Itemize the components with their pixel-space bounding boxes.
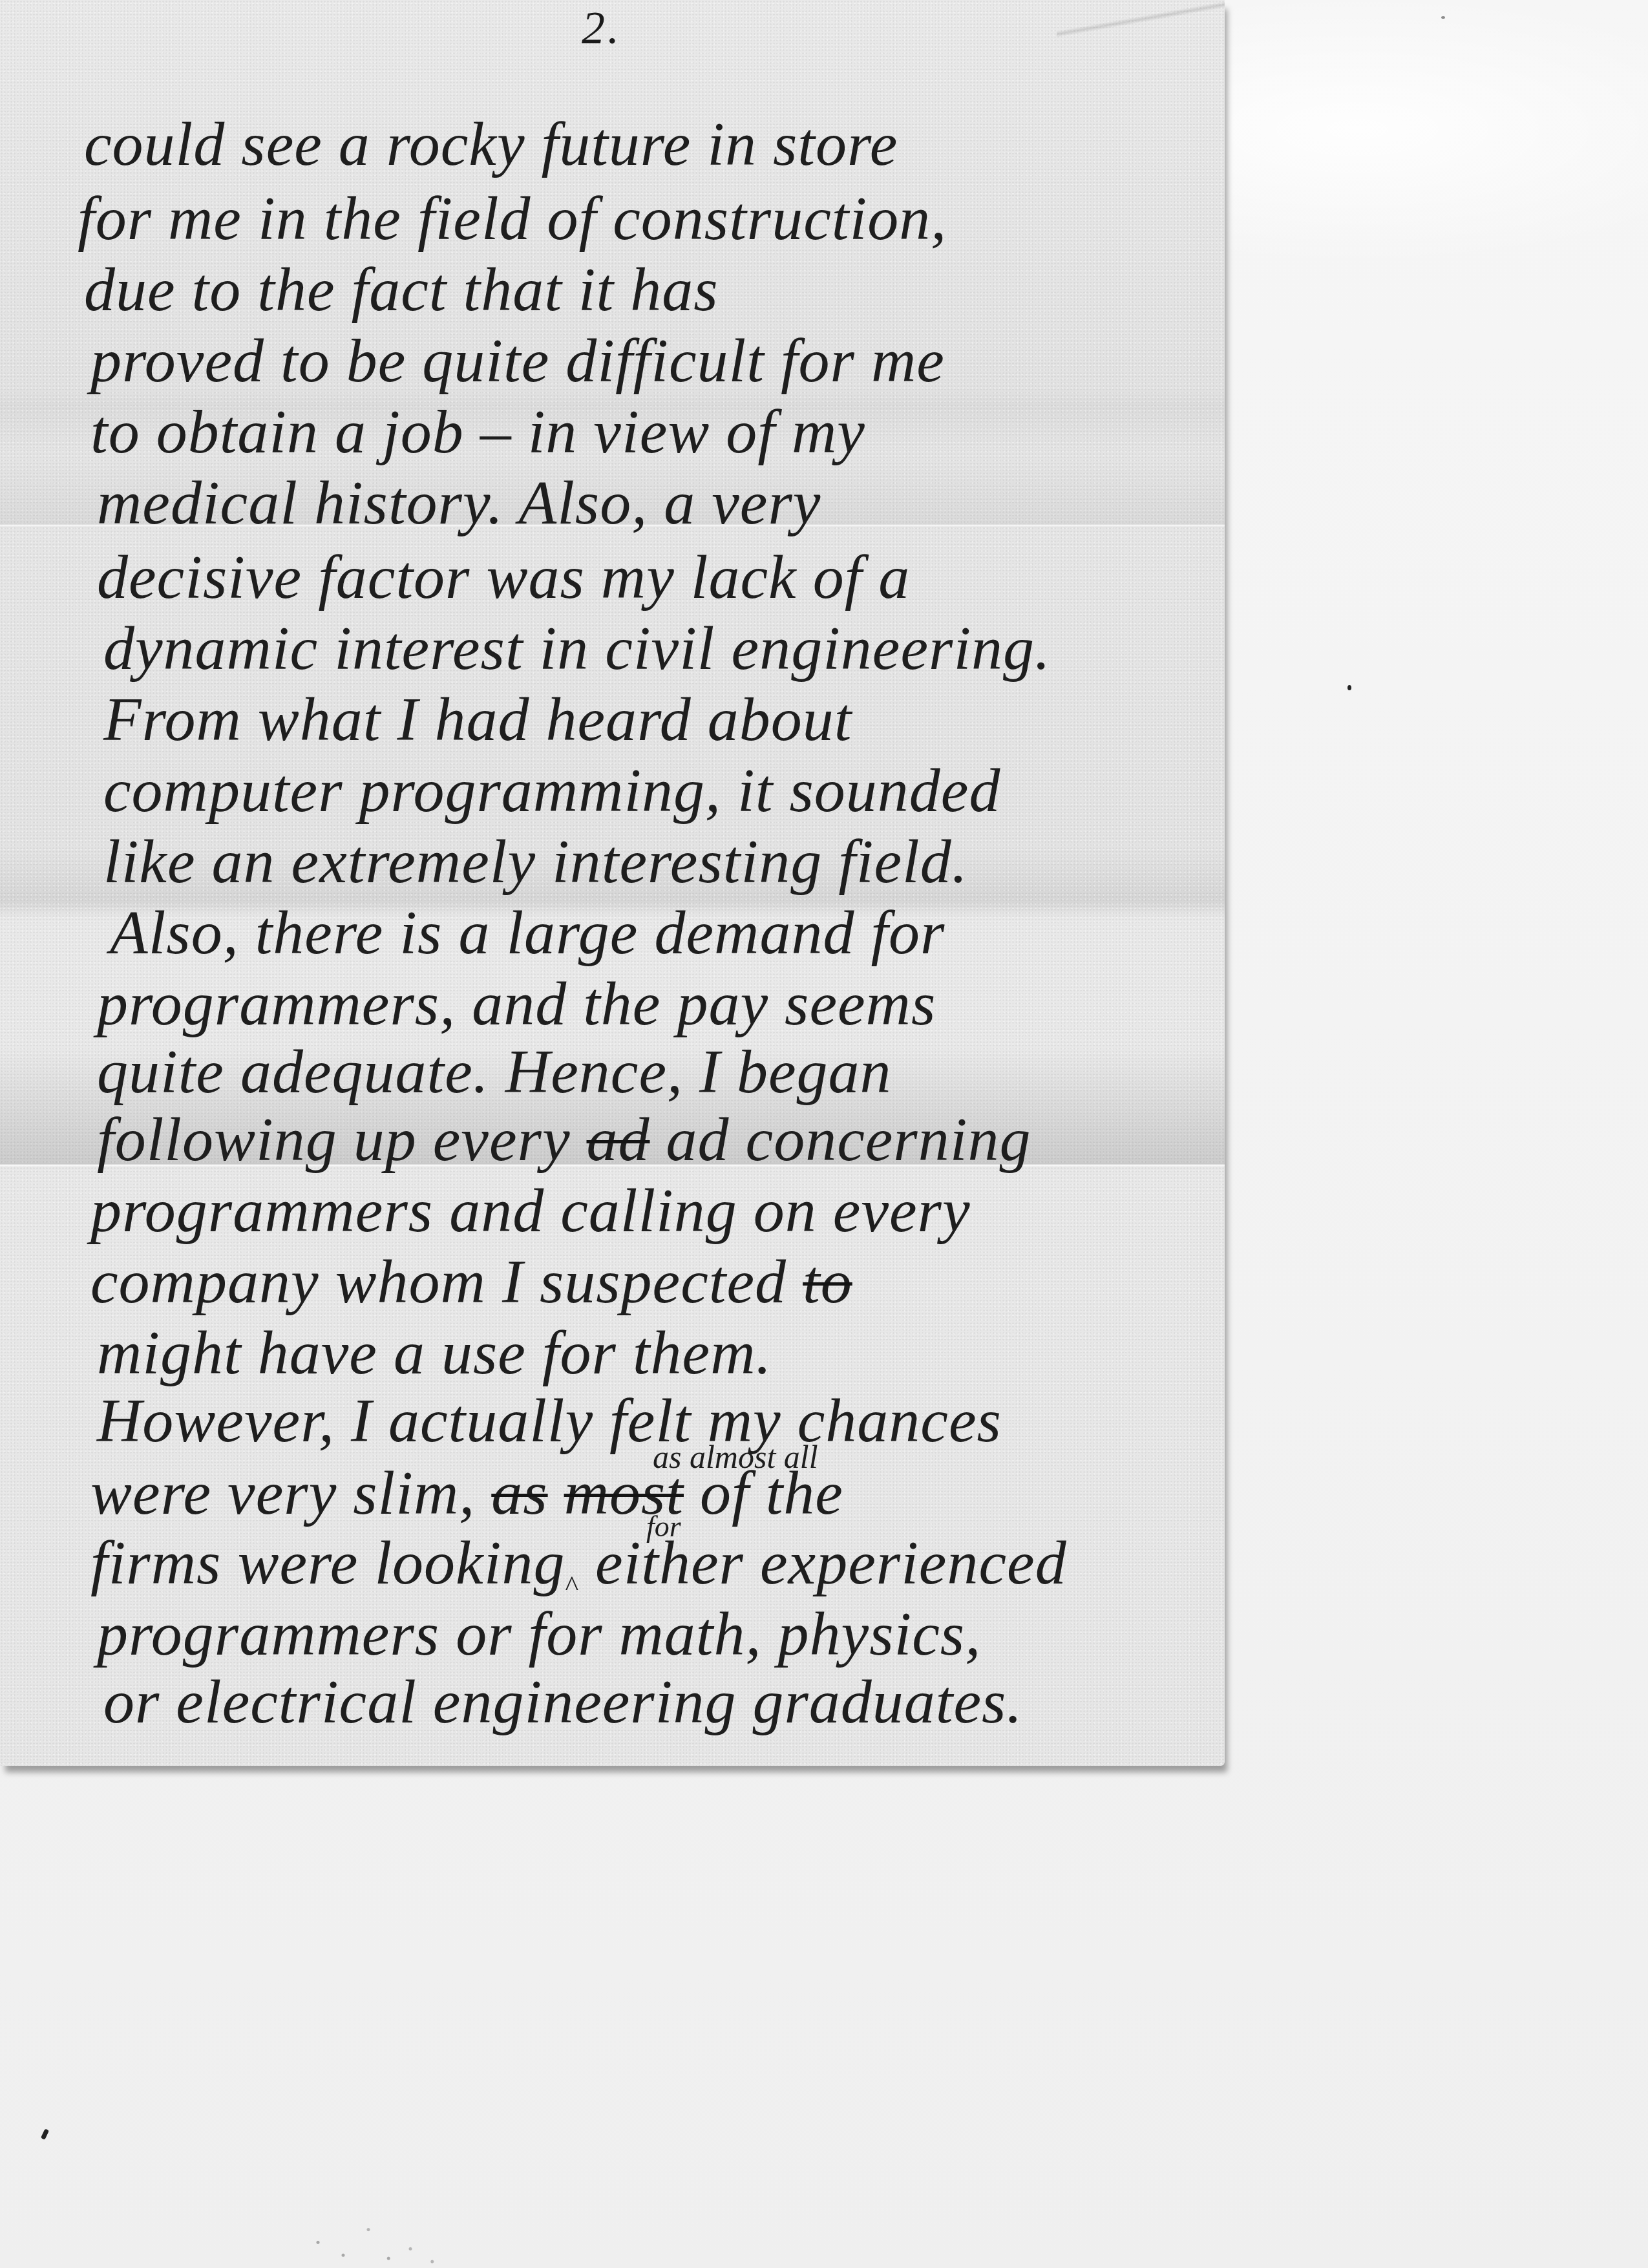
line-text: were very slim, [90,1458,491,1527]
handwritten-line: were very slim, as most of the [90,1462,843,1524]
insertion-caret: ^ [565,1570,579,1602]
handwritten-line: to obtain a job – in view of my [90,401,865,463]
handwritten-line: due to the fact that it has [84,259,719,321]
handwritten-line: programmers, and the pay seems [97,973,936,1035]
letter-page: 2. could see a rocky future in store for… [0,0,1225,1766]
handwritten-line: company whom I suspected to [90,1251,852,1313]
struck-out-word: as [491,1458,547,1527]
handwritten-line: computer programming, it sounded [103,759,1000,821]
handwritten-line: for me in the field of construction, [78,187,947,249]
handwritten-line: could see a rocky future in store [84,113,898,175]
handwritten-line: However, I actually felt my chances [97,1390,1002,1452]
line-text: either experienced [579,1528,1067,1597]
handwritten-line: decisive factor was my lack of a [97,546,910,608]
struck-out-word: ad [587,1105,650,1174]
line-text: company whom I suspected [90,1247,803,1316]
handwritten-line: Also, there is a large demand for [110,902,945,964]
handwritten-line: proved to be quite difficult for me [90,330,945,392]
handwritten-line: quite adequate. Hence, I began [97,1041,892,1103]
dust-speck [1441,16,1445,19]
corner-crease [1057,0,1225,39]
dust-cluster [284,2204,452,2268]
line-text: of the [684,1458,843,1527]
struck-out-word: to [803,1247,852,1316]
dust-speck [41,2128,49,2139]
line-text: ad concerning [650,1105,1031,1174]
handwritten-line: or electrical engineering graduates. [103,1671,1022,1733]
handwritten-line: programmers and calling on every [90,1180,971,1242]
handwritten-line: programmers or for math, physics, [97,1603,981,1665]
handwritten-line: medical history. Also, a very [97,472,821,534]
handwritten-line: like an extremely interesting field. [103,831,968,893]
line-text: firms were looking [90,1528,565,1597]
handwritten-line: firms were looking^ either experienced [90,1532,1067,1600]
dust-speck [1347,685,1351,690]
handwritten-line: might have a use for them. [97,1322,772,1384]
page-number: 2. [582,1,622,55]
handwritten-line: dynamic interest in civil engineering. [103,617,1051,679]
handwritten-line: From what I had heard about [103,688,852,750]
handwritten-line: following up every ad ad concerning [97,1108,1031,1171]
line-text: following up every [97,1105,587,1174]
